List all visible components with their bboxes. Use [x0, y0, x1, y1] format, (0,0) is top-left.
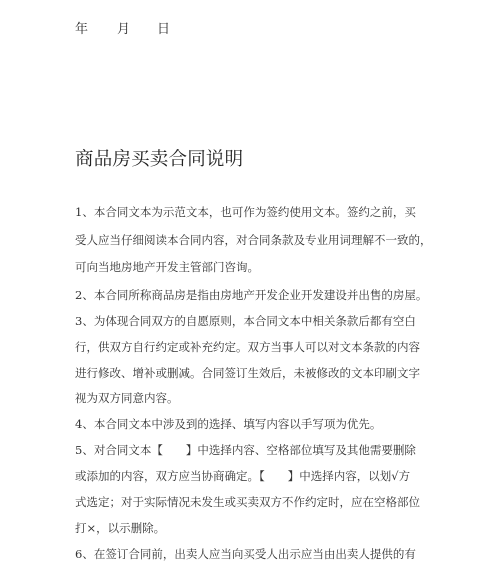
date-month: 月: [117, 20, 130, 40]
text-line: 可向当地房地产开发主管部门咨询。: [75, 258, 259, 276]
text-line: 进行修改、增补或删减。合同签订生效后，未被修改的文本印刷文字: [75, 364, 420, 382]
text-line: 或添加的内容，双方应当协商确定。【 】中选择内容，以划√方: [75, 467, 410, 485]
text-line: 3、为体现合同双方的自愿原则，本合同文本中相关条款后都有空白: [75, 312, 416, 330]
text-line: 受人应当仔细阅读本合同内容，对合同条款及专业用词理解不一致的，: [75, 231, 432, 249]
text-line: 视为双方同意内容。: [75, 389, 179, 407]
date-day: 日: [157, 20, 170, 40]
text-line: 2、本合同所称商品房是指由房地产开发企业开发建设并出售的房屋。: [75, 286, 427, 304]
text-line: 1、本合同文本为示范文本，也可作为签约使用文本。签约之前，买: [75, 203, 416, 221]
text-line: 式选定；对于实际情况未发生或买卖双方不作约定时，应在空格部位: [75, 493, 420, 511]
text-line: 6、在签订合同前，出卖人应当向买受人出示应当由出卖人提供的有: [75, 545, 416, 563]
document-title: 商品房买卖合同说明: [75, 147, 243, 173]
text-line: 打×，以示删除。: [75, 519, 165, 537]
text-line: 5、对合同文本【 】中选择内容、空格部位填写及其他需要删除: [75, 441, 416, 459]
date-year: 年: [75, 20, 88, 40]
text-line: 4、本合同文本中涉及到的选择、填写内容以手写项为优先。: [75, 415, 381, 433]
text-line: 行，供双方自行约定或补充约定。双方当事人可以对文本条款的内容: [75, 338, 420, 356]
